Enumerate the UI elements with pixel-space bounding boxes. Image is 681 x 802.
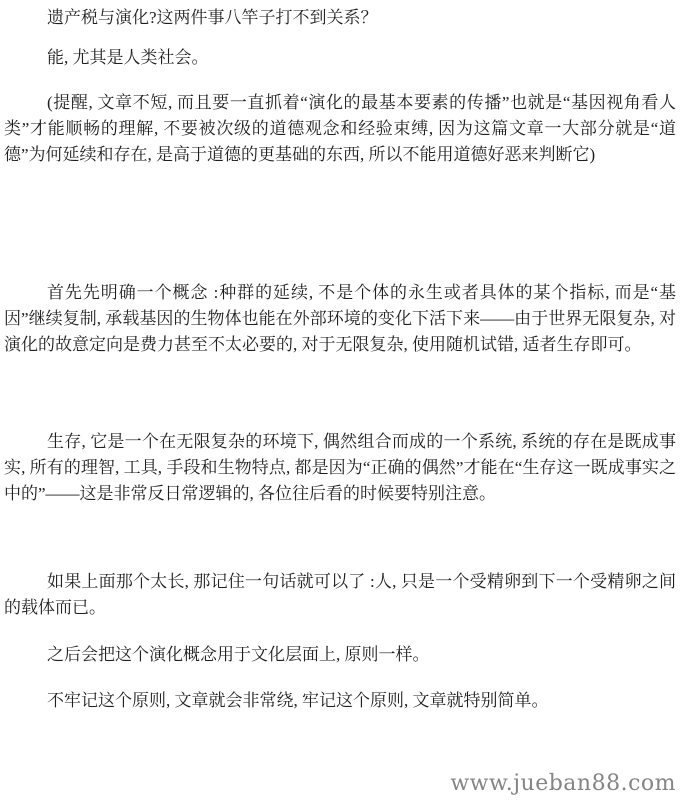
paragraph-answer: 能, 尤其是人类社会。 [4,45,676,71]
watermark-site-url: www.jueban88.com [450,772,676,796]
paragraph-concept-definition: 首先先明确一个概念 :种群的延续, 不是个体的永生或者具体的某个指标, 而是“基… [4,280,676,358]
paragraph-summary-sentence: 如果上面那个太长, 那记住一句话就可以了 :人, 只是一个受精卵到下一个受精卵之… [4,569,676,621]
paragraph-principle-note: 不牢记这个原则, 文章就会非常绕, 牢记这个原则, 文章就特别简单。 [4,688,676,714]
paragraph-survival-system: 生存, 它是一个在无限复杂的环境下, 偶然组合而成的一个系统, 系统的存在是既成… [4,429,676,507]
page: { "page": { "background_color": "#ffffff… [0,0,681,802]
paragraph-intro-question: 遗产税与演化?这两件事八竿子打不到关系？ [4,5,676,31]
paragraph-culture-application: 之后会把这个演化概念用于文化层面上, 原则一样。 [4,642,676,668]
article-body: 遗产税与演化?这两件事八竿子打不到关系？ 能, 尤其是人类社会。 (提醒, 文章… [0,0,681,714]
paragraph-reminder-note: (提醒, 文章不短, 而且要一直抓着“演化的最基本要素的传播”也就是“基因视角看… [4,90,676,168]
